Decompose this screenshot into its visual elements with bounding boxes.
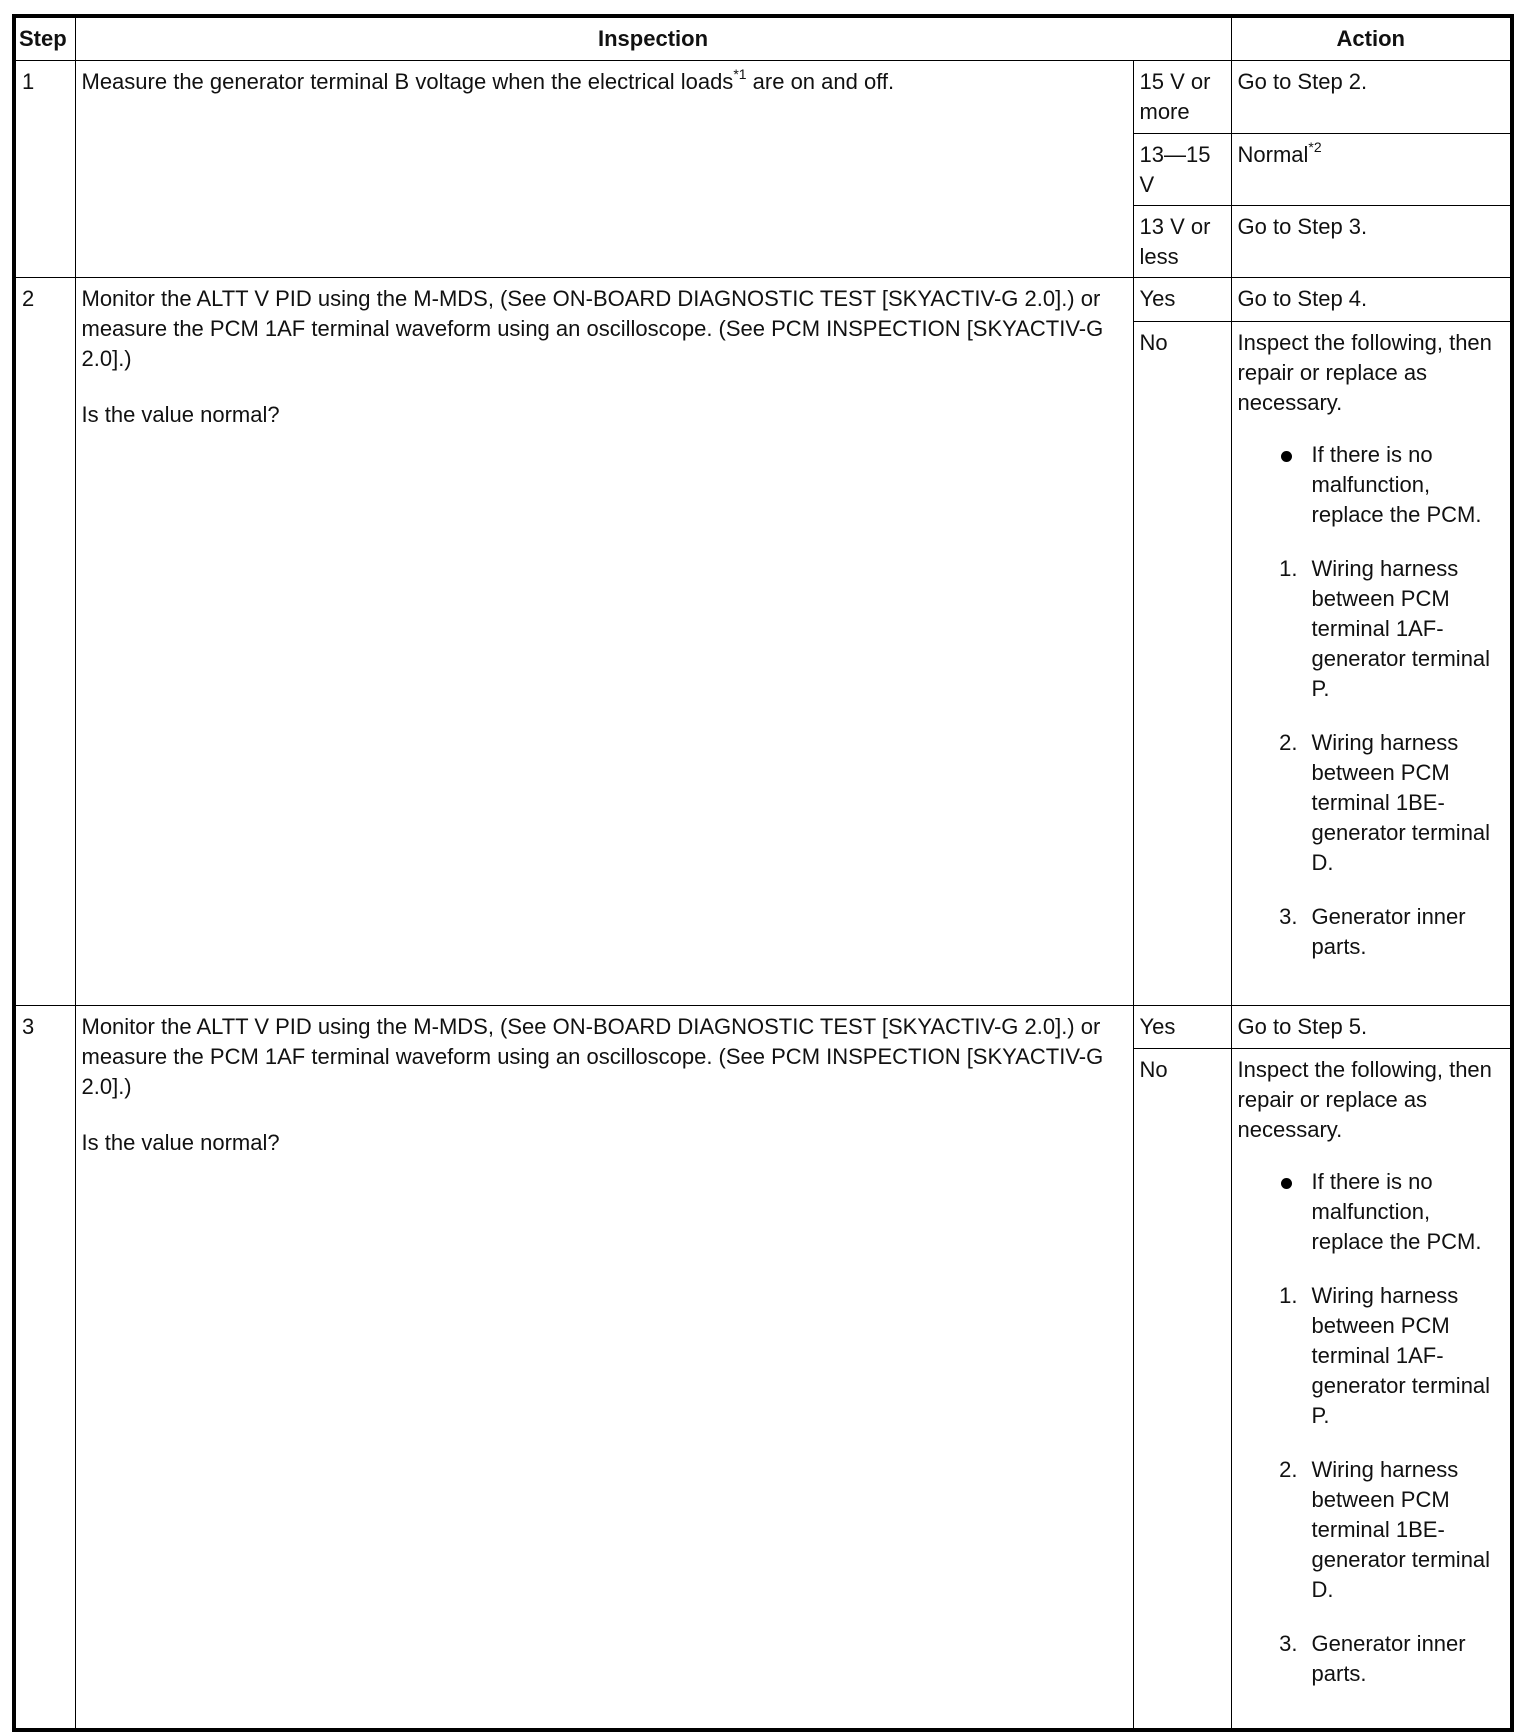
result-action: Go to Step 4. xyxy=(1231,278,1512,322)
bullet-item: If there is no malfunction, replace the … xyxy=(1238,1167,1504,1257)
result-action: Inspect the following, then repair or re… xyxy=(1231,322,1512,1006)
numbered-item: 3. Generator inner parts. xyxy=(1238,1629,1504,1689)
numbered-item: 2. Wiring harness between PCM terminal 1… xyxy=(1238,728,1504,878)
result-condition: 13 V or less xyxy=(1133,206,1231,278)
inspection-text-end: are on and off. xyxy=(747,69,895,94)
result-action: Go to Step 2. xyxy=(1231,61,1512,134)
result-yes: Yes xyxy=(1133,1006,1231,1049)
action-text: Go to Step 2. xyxy=(1238,69,1368,94)
action-intro: Inspect the following, then repair or re… xyxy=(1238,1055,1504,1145)
bullet-item: If there is no malfunction, replace the … xyxy=(1238,440,1504,530)
action-intro: Inspect the following, then repair or re… xyxy=(1238,328,1504,418)
result-no: No xyxy=(1133,322,1231,1006)
table-row-step-1: 1 Measure the generator terminal B volta… xyxy=(14,61,1512,134)
result-condition: 13—15 V xyxy=(1133,134,1231,206)
step-1-inspection: Measure the generator terminal B voltage… xyxy=(75,61,1133,278)
numbered-item: 1. Wiring harness between PCM terminal 1… xyxy=(1238,1281,1504,1431)
column-header-inspection: Inspection xyxy=(75,16,1231,61)
action-text: Normal xyxy=(1238,142,1309,167)
result-action: Normal*2 xyxy=(1231,134,1512,206)
numbered-item: 1. Wiring harness between PCM terminal 1… xyxy=(1238,554,1504,704)
numbered-item: 2. Wiring harness between PCM terminal 1… xyxy=(1238,1455,1504,1605)
footnote-marker: *2 xyxy=(1308,139,1321,155)
table-row-step-3: 3 Monitor the ALTT V PID using the M-MDS… xyxy=(14,1006,1512,1049)
inspection-text: Monitor the ALTT V PID using the M-MDS, … xyxy=(82,284,1127,374)
numbered-item: 3. Generator inner parts. xyxy=(1238,902,1504,962)
inspection-text: Monitor the ALTT V PID using the M-MDS, … xyxy=(82,1012,1127,1102)
result-action: Inspect the following, then repair or re… xyxy=(1231,1049,1512,1730)
inspection-text: Measure the generator terminal B voltage… xyxy=(82,69,734,94)
step-number: 2 xyxy=(14,278,75,1006)
result-condition: 15 V or more xyxy=(1133,61,1231,134)
result-action: Go to Step 3. xyxy=(1231,206,1512,278)
bullet-icon xyxy=(1281,1178,1292,1189)
result-yes: Yes xyxy=(1133,278,1231,322)
result-action: Go to Step 5. xyxy=(1231,1006,1512,1049)
diagnostic-procedure-table: Step Inspection Action 1 Measure the gen… xyxy=(12,14,1514,1732)
inspection-question: Is the value normal? xyxy=(82,400,1127,430)
table-header-row: Step Inspection Action xyxy=(14,16,1512,61)
column-header-action: Action xyxy=(1231,16,1512,61)
step-number: 3 xyxy=(14,1006,75,1730)
step-number: 1 xyxy=(14,61,75,278)
inspection-question: Is the value normal? xyxy=(82,1128,1127,1158)
step-3-inspection: Monitor the ALTT V PID using the M-MDS, … xyxy=(75,1006,1133,1730)
result-no: No xyxy=(1133,1049,1231,1730)
table-row-step-2: 2 Monitor the ALTT V PID using the M-MDS… xyxy=(14,278,1512,322)
bullet-icon xyxy=(1281,451,1292,462)
column-header-step: Step xyxy=(14,16,75,61)
footnote-marker: *1 xyxy=(733,66,746,82)
action-text: Go to Step 3. xyxy=(1238,214,1368,239)
step-2-inspection: Monitor the ALTT V PID using the M-MDS, … xyxy=(75,278,1133,1006)
